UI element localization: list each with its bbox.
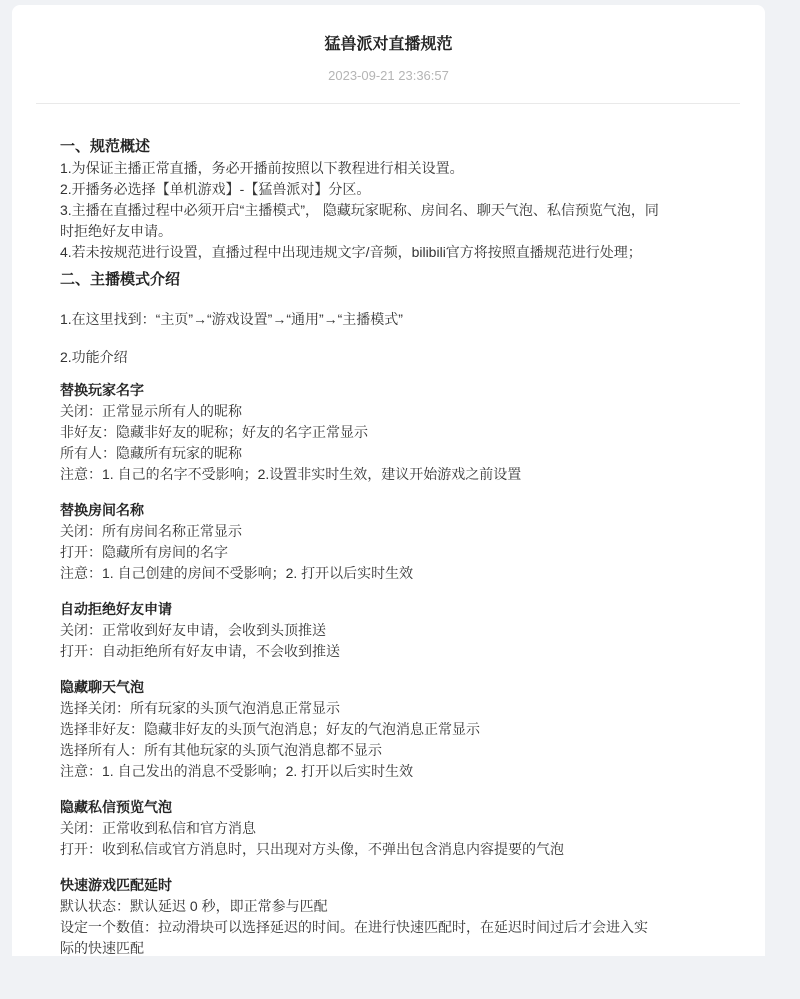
article-header: 猛兽派对直播规范 2023-09-21 23:36:57	[12, 5, 765, 85]
feature-block: 自动拒绝好友申请关闭：正常收到好友申请，会收到头顶推送打开：自动拒绝所有好友申请…	[60, 599, 660, 662]
feature-block: 隐藏私信预览气泡关闭：正常收到私信和官方消息打开：收到私信或官方消息时，只出现对…	[60, 797, 660, 860]
doc-line: 打开：隐藏所有房间的名字	[60, 542, 660, 563]
doc-line: 默认状态：默认延迟 0 秒，即正常参与匹配	[60, 896, 660, 917]
feature-title: 自动拒绝好友申请	[60, 599, 660, 620]
page-title: 猛兽派对直播规范	[12, 33, 765, 57]
doc-line: 1.在这里找到：“主页”→“游戏设置”→“通用”→“主播模式”	[60, 309, 660, 330]
doc-line: 关闭：正常收到好友申请，会收到头顶推送	[60, 620, 660, 641]
doc-line: 选择非好友：隐藏非好友的头顶气泡消息；好友的气泡消息正常显示	[60, 719, 660, 740]
doc-line: 注意：1. 自己的名字不受影响；2.设置非实时生效，建议开始游戏之前设置	[60, 464, 660, 485]
doc-line: 设定一个数值：拉动滑块可以选择延迟的时间。在进行快速匹配时，在延迟时间过后才会进…	[60, 917, 660, 956]
doc-line: 1.为保证主播正常直播，务必开播前按照以下教程进行相关设置。	[60, 158, 660, 179]
feature-title: 隐藏聊天气泡	[60, 677, 660, 698]
doc-line: 所有人：隐藏所有玩家的昵称	[60, 443, 660, 464]
document-body: 一、规范概述1.为保证主播正常直播，务必开播前按照以下教程进行相关设置。2.开播…	[60, 104, 660, 956]
section-heading: 一、规范概述	[60, 136, 660, 158]
feature-title: 隐藏私信预览气泡	[60, 797, 660, 818]
doc-line: 注意：1. 自己发出的消息不受影响；2. 打开以后实时生效	[60, 761, 660, 782]
paragraph-block: 1.为保证主播正常直播，务必开播前按照以下教程进行相关设置。2.开播务必选择【单…	[60, 158, 660, 263]
doc-line: 打开：收到私信或官方消息时，只出现对方头像，不弹出包含消息内容提要的气泡	[60, 839, 660, 860]
paragraph-block: 1.在这里找到：“主页”→“游戏设置”→“通用”→“主播模式”	[60, 309, 660, 330]
doc-line: 打开：自动拒绝所有好友申请，不会收到推送	[60, 641, 660, 662]
feature-title: 替换房间名称	[60, 500, 660, 521]
doc-line: 3.主播在直播过程中必须开启“主播模式”， 隐藏玩家昵称、房间名、聊天气泡、私信…	[60, 200, 660, 242]
publish-timestamp: 2023-09-21 23:36:57	[12, 67, 765, 85]
doc-line: 关闭：正常收到私信和官方消息	[60, 818, 660, 839]
feature-block: 替换玩家名字关闭：正常显示所有人的昵称非好友：隐藏非好友的昵称；好友的名字正常显…	[60, 380, 660, 485]
doc-line: 注意：1. 自己创建的房间不受影响；2. 打开以后实时生效	[60, 563, 660, 584]
feature-block: 替换房间名称关闭：所有房间名称正常显示打开：隐藏所有房间的名字注意：1. 自己创…	[60, 500, 660, 584]
section-heading: 二、主播模式介绍	[60, 269, 660, 291]
feature-block: 快速游戏匹配延时默认状态：默认延迟 0 秒，即正常参与匹配设定一个数值：拉动滑块…	[60, 875, 660, 956]
doc-line: 2.功能介绍	[60, 347, 660, 368]
doc-line: 关闭：正常显示所有人的昵称	[60, 401, 660, 422]
feature-block: 隐藏聊天气泡选择关闭：所有玩家的头顶气泡消息正常显示选择非好友：隐藏非好友的头顶…	[60, 677, 660, 782]
doc-line: 选择所有人：所有其他玩家的头顶气泡消息都不显示	[60, 740, 660, 761]
article-card: 猛兽派对直播规范 2023-09-21 23:36:57 一、规范概述1.为保证…	[12, 5, 765, 956]
paragraph-block: 2.功能介绍	[60, 347, 660, 368]
doc-line: 4.若未按规范进行设置，直播过程中出现违规文字/音频，bilibili官方将按照…	[60, 242, 660, 263]
doc-line: 2.开播务必选择【单机游戏】-【猛兽派对】分区。	[60, 179, 660, 200]
feature-title: 快速游戏匹配延时	[60, 875, 660, 896]
doc-line: 关闭：所有房间名称正常显示	[60, 521, 660, 542]
feature-title: 替换玩家名字	[60, 380, 660, 401]
doc-line: 选择关闭：所有玩家的头顶气泡消息正常显示	[60, 698, 660, 719]
doc-line: 非好友：隐藏非好友的昵称；好友的名字正常显示	[60, 422, 660, 443]
